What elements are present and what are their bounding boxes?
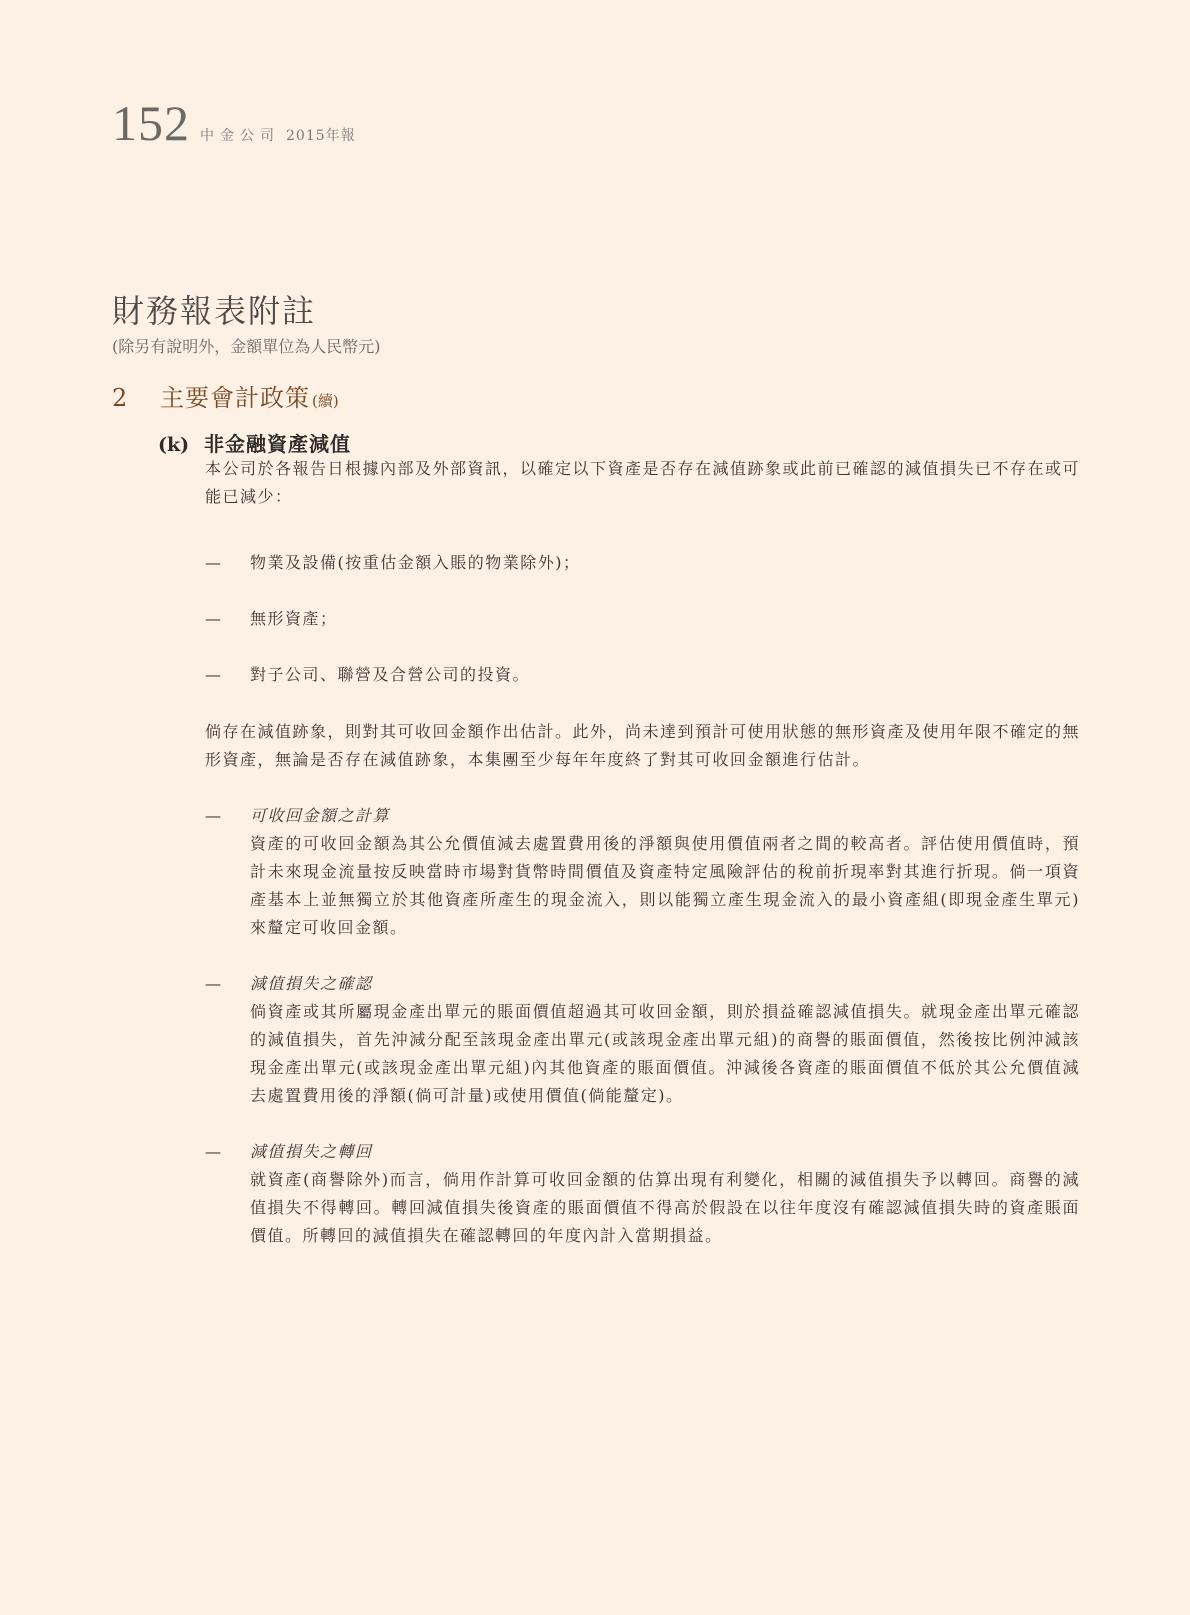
intro-paragraph: 本公司於各報告日根據內部及外部資訊，以確定以下資產是否存在減值跡象或此前已確認的…	[205, 455, 1080, 511]
asset-list-text: 物業及設備(按重估金額入賬的物業除外)；	[250, 549, 1080, 577]
policy-item-recoverable-amount: — 可收回金額之計算 資產的可收回金額為其公允價值減去處置費用後的淨額與使用價值…	[205, 802, 1080, 942]
asset-list-item: — 無形資產；	[205, 605, 1080, 633]
policy-text: 就資產(商譽除外)而言，倘用作計算可收回金額的估算出現有利變化，相關的減值損失予…	[250, 1170, 1080, 1245]
dash-bullet: —	[205, 970, 250, 1110]
policy-title: 減值損失之確認	[250, 970, 1080, 998]
report-name: 中金公司	[200, 125, 280, 145]
section-continued-label: (續)	[312, 390, 339, 411]
policy-item-loss-recognition: — 減值損失之確認 倘資產或其所屬現金產出單元的賬面價值超過其可收回金額，則於損…	[205, 970, 1080, 1110]
report-year: 2015年報	[286, 125, 356, 145]
policy-title: 可收回金額之計算	[250, 802, 1080, 830]
asset-list-text: 無形資產；	[250, 605, 1080, 633]
policy-item-loss-reversal: — 減值損失之轉回 就資產(商譽除外)而言，倘用作計算可收回金額的估算出現有利變…	[205, 1138, 1080, 1250]
section-heading: 2 主要會計政策 (續)	[112, 378, 339, 413]
subsection-label: (k)	[158, 434, 204, 456]
asset-list-text: 對子公司、聯營及合營公司的投資。	[250, 661, 1080, 689]
page-number: 152	[112, 98, 190, 148]
page-subtitle: (除另有說明外，金額單位為人民幣元)	[112, 334, 381, 357]
dash-bullet: —	[205, 549, 250, 577]
page-title: 財務報表附註	[112, 286, 316, 332]
asset-list-item: — 對子公司、聯營及合營公司的投資。	[205, 661, 1080, 689]
estimate-paragraph: 倘存在減值跡象，則對其可收回金額作出估計。此外，尚未達到預計可使用狀態的無形資產…	[205, 718, 1080, 774]
policy-title: 減值損失之轉回	[250, 1138, 1080, 1166]
asset-list-item: — 物業及設備(按重估金額入賬的物業除外)；	[205, 549, 1080, 577]
dash-bullet: —	[205, 1138, 250, 1250]
subsection-title: 非金融資產減值	[204, 428, 351, 457]
page-header: 152 中金公司 2015年報	[112, 98, 356, 148]
section-number: 2	[112, 384, 160, 412]
dash-bullet: —	[205, 605, 250, 633]
policy-text: 倘資產或其所屬現金產出單元的賬面價值超過其可收回金額，則於損益確認減值損失。就現…	[250, 1002, 1080, 1105]
subsection-heading: (k) 非金融資產減值	[158, 428, 351, 457]
policy-text: 資產的可收回金額為其公允價值減去處置費用後的淨額與使用價值兩者之間的較高者。評估…	[250, 834, 1080, 937]
section-title: 主要會計政策	[160, 378, 310, 413]
dash-bullet: —	[205, 661, 250, 689]
dash-bullet: —	[205, 802, 250, 942]
